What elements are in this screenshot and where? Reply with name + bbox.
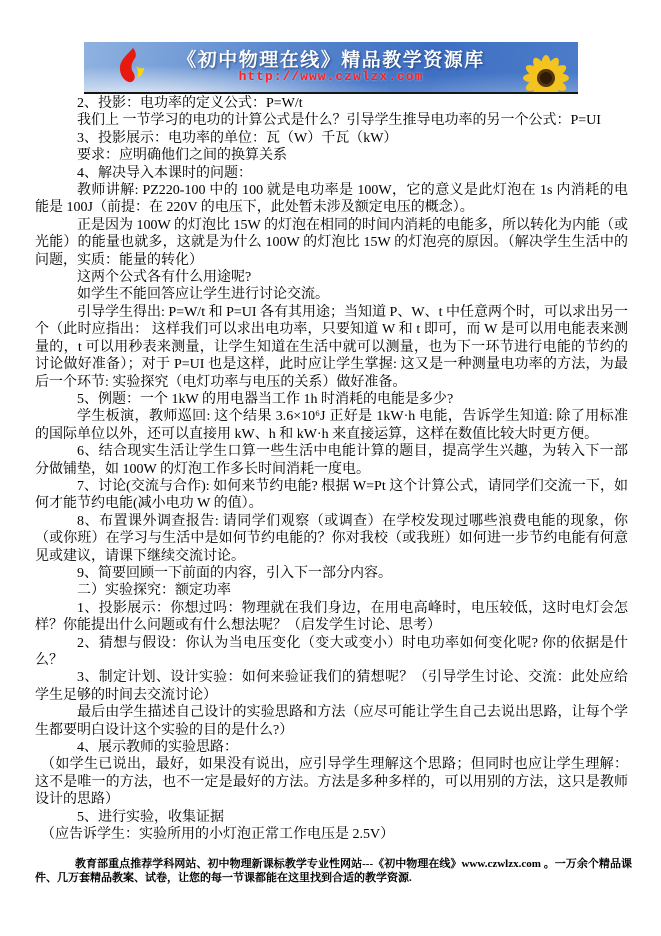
paragraph: 2、猜想与假设：你认为当电压变化（变大或变小）时电功率如何变化呢? 你的依据是什… bbox=[35, 635, 628, 670]
paragraph: 4、解决导入本课时的问题： bbox=[35, 165, 628, 182]
paragraph: 如学生不能回答应让学生进行讨论交流。 bbox=[35, 286, 628, 303]
paragraph: 1、投影展示：你想过吗：物理就在我们身边，在用电高峰时，电压较低，这时电灯会怎样… bbox=[35, 600, 628, 635]
paragraph: 3、制定计划、设计实验：如何来验证我们的猜想呢？（引导学生讨论、交流：此处应给学… bbox=[35, 669, 628, 704]
paragraph: 5、例题：一个 1kW 的用电器当工作 1h 时消耗的电能是多少? bbox=[35, 391, 628, 408]
paragraph: 二）实验探究：额定功率 bbox=[35, 582, 628, 599]
footer-text: 教育部重点推荐学科网站、初中物理新课标教学专业性网站---《初中物理在线》www… bbox=[35, 857, 632, 885]
paragraph: 学生板演，教师巡回: 这个结果 3.6×10⁶J 正好是 1kW·h 电能，告诉… bbox=[35, 408, 628, 443]
paragraph: 正是因为 100W 的灯泡比 15W 的灯泡在相同的时间内消耗的电能多，所以转化… bbox=[35, 217, 628, 269]
banner-url-link[interactable]: http://www.czwlzx.com bbox=[84, 69, 578, 84]
paragraph: 引导学生得出: P=W/t 和 P=UI 各有其用途；当知道 P、W、t 中任意… bbox=[35, 304, 628, 391]
paragraph: 要求：应明确他们之间的换算关系 bbox=[35, 147, 628, 164]
paragraph: 9、简要回顾一下前面的内容，引入下一部分内容。 bbox=[35, 565, 628, 582]
footer-note: 教育部重点推荐学科网站、初中物理新课标教学专业性网站---《初中物理在线》www… bbox=[35, 857, 632, 885]
paragraph: 7、讨论(交流与合作): 如何来节约电能? 根据 W=Pt 这个计算公式，请同学… bbox=[35, 478, 628, 513]
paragraph: （如学生已说出，最好，如果没有说出，应引导学生理解这个思路；但同时也应让学生理解… bbox=[35, 756, 628, 808]
site-banner: 《初中物理在线》精品教学资源库 http://www.czwlzx.com bbox=[84, 42, 578, 94]
paragraph: 3、投影展示：电功率的单位：瓦（W）千瓦（kW） bbox=[35, 130, 628, 147]
paragraph: 我们上 一节学习的电功的计算公式是什么？引导学生推导电功率的另一个公式：P=UI bbox=[35, 112, 628, 129]
document-page: 《初中物理在线》精品教学资源库 http://www.czwlzx.com bbox=[0, 0, 661, 936]
paragraph: 2、投影：电功率的定义公式：P=W/t bbox=[35, 95, 628, 112]
sunflower-icon bbox=[522, 46, 576, 94]
paragraph: 6、结合现实生活让学生口算一些生活中电能计算的题目，提高学生兴趣，为转入下一部分… bbox=[35, 443, 628, 478]
banner-title: 《初中物理在线》精品教学资源库 bbox=[84, 45, 578, 72]
paragraph: 4、展示教师的实验思路： bbox=[35, 739, 628, 756]
paragraph: （应告诉学生：实验所用的小灯泡正常工作电压是 2.5V） bbox=[35, 826, 628, 843]
paragraph: 最后由学生描述自己设计的实验思路和方法（应尽可能让学生自己去说出思路，让每个学生… bbox=[35, 704, 628, 739]
paragraph: 这两个公式各有什么用途呢? bbox=[35, 269, 628, 286]
paragraph: 5、进行实验，收集证据 bbox=[35, 809, 628, 826]
document-body: 2、投影：电功率的定义公式：P=W/t 我们上 一节学习的电功的计算公式是什么？… bbox=[35, 95, 628, 843]
paragraph: 教师讲解: PZ220-100 中的 100 就是电功率是 100W，它的意义是… bbox=[35, 182, 628, 217]
paragraph: 8、布置课外调查报告: 请同学们观察（或调查）在学校发现过哪些浪费电能的现象，你… bbox=[35, 513, 628, 565]
